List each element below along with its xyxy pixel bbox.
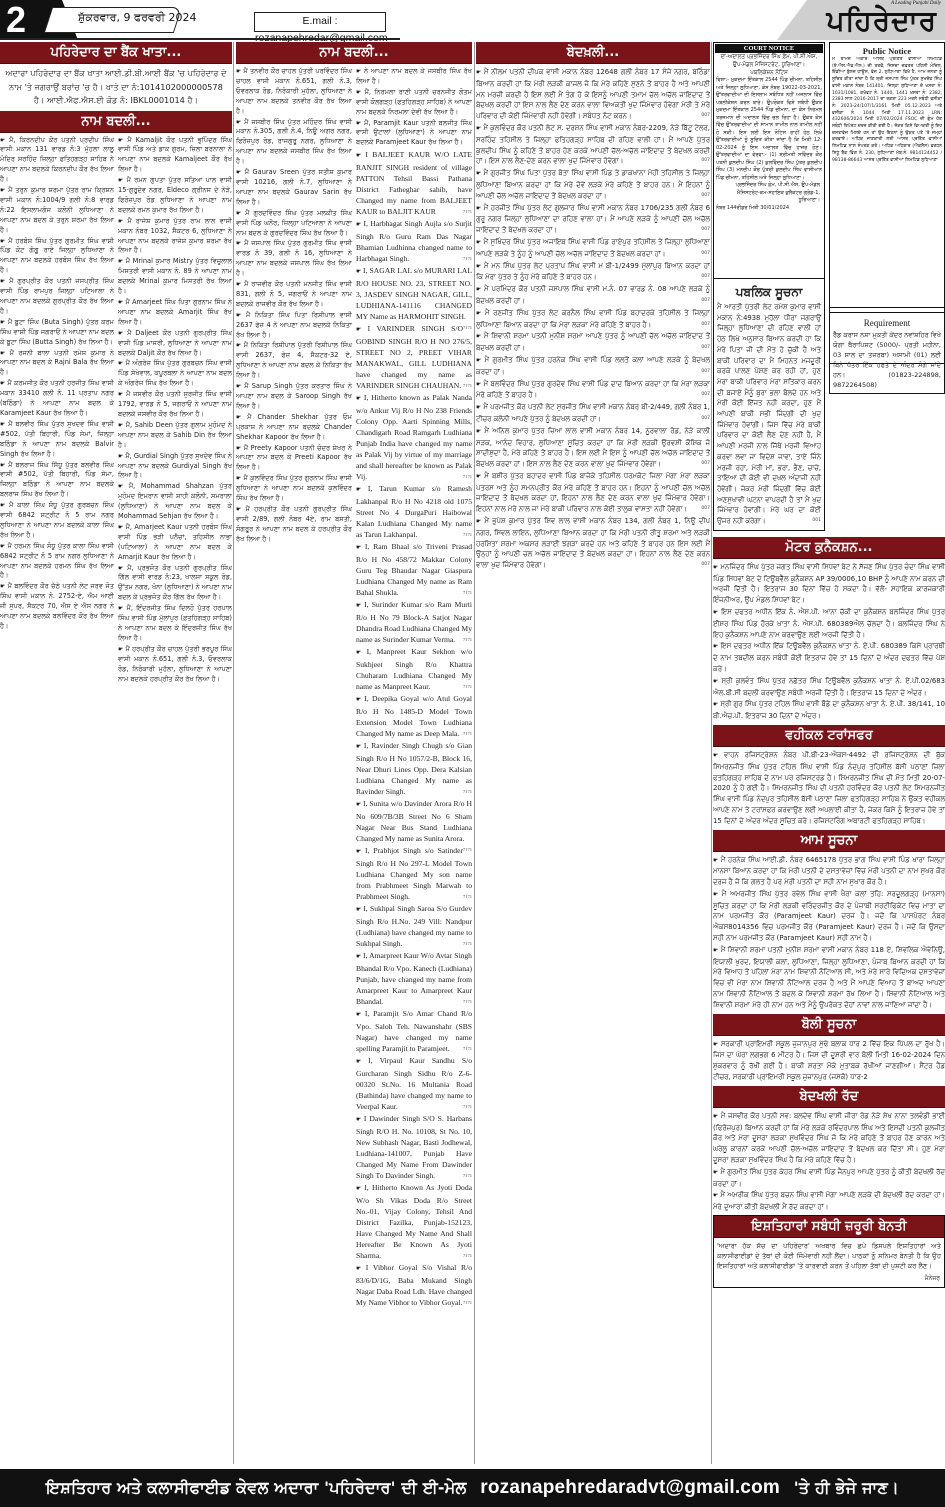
ref-code: 7171 — [463, 1297, 472, 1308]
list-item: ☛ ਮਨਜਿੰਦਰ ਸਿੰਘ ਪੁੱਤਰ ਜਗਤ ਸਿੰਘ ਵਾਸੀ ਸਿਧਵਾ… — [713, 562, 945, 606]
pointing-hand-icon: ☛ — [118, 258, 126, 265]
auction-notice: ☛ ਸਰਕਾਰੀ ਪ੍ਰਾਇਮਰੀ ਸਕੂਲ ਜੁਜਾਨਪੁਰ ਮੁੱਢੇ ਬਲ… — [713, 1039, 945, 1083]
ref-code: 007 — [701, 225, 710, 236]
name-change-list-2: ☛ ਮੈਂ ਤਨਵੀਰ ਕੌਰ ਚਾਹਲ ਪੁੱਤਰੀ ਪਰਵਿੰਦਰ ਸਿੰਘ… — [236, 67, 472, 1309]
pointing-hand-icon: ☛ — [356, 545, 365, 551]
list-item: ☛ ਮੈਂ ਬਲਵੀਰ ਸਿੰਘ ਪੁੱਤਰ ਸੁਖਦਵ ਸਿੰਘ ਵਾਸੀ #… — [0, 420, 114, 460]
disinheritance-title: ਬੇਦਖ਼ਲੀ... — [476, 42, 710, 64]
court-notice-signature: ਪ੍ਰਭਜਿੰਦਰ ਸਿੰਘ ਫ਼ੇਮ, ਪੀ.ਸੀ.ਐਸ, ਉਪ-ਮੰਡਲ ਮ… — [715, 182, 823, 205]
public-notice-title: Public Notice — [832, 45, 942, 57]
list-item: ☛ ਮੈਂ ਅਮਰੀਕ ਸਿੰਘ ਪੁੱਤਰ ਬਚਨ ਸਿੰਘ ਵਾਸੀ ਮੋਗ… — [713, 1190, 945, 1213]
list-item: ☛ ਮੈਂ ਬਲਵਿੰਦਰ ਕੌਰ ਚੱਠੇ ਪਤਨੀ ਲੇਟ ਜਰਵ ਜੋਤ … — [0, 582, 114, 632]
list-item: ☛ ਮੈਂ ਗੁਰਮੀਤ ਸਿੰਘ ਪੁੱਤਰ ਕੇਹਰ ਸਿੰਘ ਵਾਸੀ ਪ… — [713, 1167, 945, 1190]
list-item: ☛ I, Amarpreet Kaur W/o Avtar Singh Bhan… — [356, 950, 472, 1007]
bank-account-info: ਅਦਾਰਾ ਪਹਿਰੇਦਾਰ ਦਾ ਬੈਂਕ ਖਾਤਾ ਆਈ.ਡੀ.ਬੀ.ਆਈ … — [0, 67, 232, 108]
list-item: ☛ ਇਸ ਦਫਤਰ ਅਧੀਨ ਇੱਕ ਟਿਊਬਵੈੱਲ ਕੁਨੈਕਸ਼ਨ ਖਾਤ… — [713, 641, 945, 674]
pointing-hand-icon: ☛ — [236, 240, 244, 247]
name-change-left: ☛ ਮੈਂ, ਕਿਰਨਦੀਪ ਕੌਰ ਪਤਨੀ ਪ੍ਰਦੀਪ ਸਿੰਘ ਵਾਸੀ… — [0, 136, 114, 686]
pointing-hand-icon: ☛ — [236, 445, 244, 452]
ref-code: 7171 — [463, 1170, 472, 1181]
ref-code: 7171 — [463, 996, 472, 1007]
ref-code: 7171 — [463, 891, 472, 902]
list-item: ☛ I Dawinder Singh S/O S. Harbans Singh … — [356, 1113, 472, 1181]
list-item: ☛ ਮੈਂ Kamaljit ਕੌਰ ਪਤਨੀ ਭੁਪਿੰਦਰ ਸਿੰਘ ਵਾਸ… — [118, 136, 232, 176]
ref-code: 007 — [701, 343, 710, 354]
ref-code: 7171 — [463, 253, 472, 264]
list-item: ☛ ਮੈਂ, ਕਿਰਨਦੀਪ ਕੌਰ ਪਤਨੀ ਪ੍ਰਦੀਪ ਸਿੰਘ ਵਾਸੀ… — [0, 136, 114, 186]
ref-code: 007 — [701, 390, 710, 401]
list-item: ☛ ਮੈਂ, ਨਿਰਮਲਾ ਰਾਣੀ ਪਤਨੀ ਚਰਨਜੀਤ ਗੋਤਮ ਵਾਸੀ… — [356, 88, 472, 118]
ref-code: 7171 — [463, 634, 472, 645]
name-change-right: ☛ ਮੈਂ Kamaljit ਕੌਰ ਪਤਨੀ ਭੁਪਿੰਦਰ ਸਿੰਘ ਵਾਸ… — [118, 136, 232, 686]
pointing-hand-icon: ☛ — [118, 218, 127, 225]
pointing-hand-icon: ☛ — [356, 1117, 364, 1123]
list-item: ☛ I Vibhor Goyal S/o Vishal R/o 83/6/D/1… — [356, 1262, 472, 1308]
pointing-hand-icon: ☛ — [476, 263, 484, 270]
list-item: ☛ ਮੈਂ ਰਣਜੀਤ ਸਿੰਘ ਪੁੱਤਰ ਲੇਟ ਕਰਨੈਲ ਸਿੰਘ ਵਾ… — [476, 308, 710, 331]
pointing-hand-icon: ☛ — [0, 137, 9, 144]
list-item: ☛ ਮੈਂ ਕਾਲਾ ਸਿੰਘ ਸੰਧੂ ਪੁੱਤਰ ਗੁਰਬਚਨ ਸਿੰਘ ਵ… — [0, 501, 114, 541]
list-item: ☛ ਮੈਂ ਸੁਖਿੰਦਰ ਸਿੰਘ ਪੁੱਤਰ ਅਜਾਇਬ ਸਿੰਘ ਵਾਸੀ… — [476, 237, 710, 260]
list-item: ☛ ਮੈਂ ਨਿਕਿਤਾ ਰਿਸ਼ੀਪਾਲ ਪੁੱਤਰੀ ਰਿਸ਼ੀਪਾਲ ਸਿ… — [236, 341, 352, 381]
list-item: ☛ ਮੈਂ Preety Kapoor ਪਤਨੀ ਚੰਦਰ ਸ਼ੇਖਰ ਨੇ ਆ… — [236, 444, 352, 474]
ref-code: 7171 — [463, 322, 472, 333]
list-item: ☛ I, Surinder Kumar s/o Ram Murti R/o H … — [356, 599, 472, 645]
list-item: ☛ ਮੈਂ ਕਰਮਜੀਤ ਕੌਰ ਪਤਨੀ ਹਰਜੀਤ ਸਿੰਘ ਵਾਸੀ ਮਕ… — [0, 379, 114, 419]
pointing-hand-icon: ☛ — [118, 483, 129, 490]
pointing-hand-icon: ☛ — [356, 954, 363, 960]
pointing-hand-icon: ☛ — [236, 414, 247, 421]
bank-account-title: ਪਹਿਰੇਦਾਰ ਦਾ ਬੈਂਕ ਖਾਤਾ... — [0, 42, 232, 64]
list-item: ☛ I, Hitherto Known As Jyoti Doda W/o Sh… — [356, 1182, 472, 1261]
pointing-hand-icon: ☛ — [0, 502, 9, 509]
bank-line: ਨਾਮ 'ਤੇ ਜਗਰਾਉਂ ਬਰਾਂਚ 'ਚ ਹੈ। ਖਾਤੇ ਦਾ ਨੰ:1… — [0, 81, 232, 95]
column-divider — [474, 42, 475, 1464]
auction-notice-title: ਬੋਲੀ ਸੂਚਨਾ — [713, 1014, 945, 1036]
requirement-box: Requirement ਰੈੱਡ ਕਰਾਸ ਨਸ਼ਾ ਮੁਕਤੀ ਕੇਂਦਰ ਨ… — [829, 312, 945, 394]
name-change-right-2: ☛ ਨੇ ਆਪਣਾ ਨਾਮ ਬਦਲ ਕੇ ਜਸਬੀਰ ਸਿੰਘ ਰੱਖ ਲਿਆ … — [356, 67, 472, 1309]
masthead: A Leading Punjabi Daily ਪਹਿਰੇਦਾਰ — [395, 0, 945, 40]
ref-code: 007 — [701, 320, 710, 331]
vehicle-transfer-title: ਵਹੀਕਲ ਟਰਾਂਸਫਰ — [713, 725, 945, 747]
pointing-hand-icon: ☛ — [356, 327, 368, 333]
disinheritance-cancel-list: ☛ ਮੈਂ ਜਸਵੀਰ ਕੌਰ ਪਤਨੀ ਸਵ: ਬਲਦੇਵ ਸਿੰਘ ਵਾਸੀ… — [713, 1111, 945, 1213]
footer-email[interactable]: rozanapehredaradvt@gmail.com — [480, 1477, 780, 1498]
pointing-hand-icon: ☛ — [0, 187, 8, 194]
column-4: COURT NOTICE ਦਾ-ਅਦਾਲਤ ਪ੍ਰਭਜਿੰਦਰ ਸਿੰਘ ਫ਼ੇ… — [713, 42, 945, 1464]
list-item: ☛ ਮੈਂ ਭੁਪੇਸ਼ ਕੁਮਾਰ ਪੁੱਤਰ ਸ਼ਿਵ ਲਾਲ ਵਾਸੀ ਮ… — [476, 516, 710, 571]
list-item: ☛ ਮੈਂ ਹਰਪ੍ਰੀਤ ਕੌਰ ਚਾਹਲ ਪੁੱਤਰੀ ਭਰਪੂਰ ਸਿੰਘ… — [118, 645, 232, 685]
disclaimer-box: ਇਸ਼ਤਿਹਾਰਾਂ ਸਬੰਧੀ ਜ਼ਰੂਰੀ ਬੇਨਤੀ 'ਅਦਾਰਾ ਹੱਕ… — [713, 1215, 945, 1288]
pointing-hand-icon: ☛ — [356, 849, 365, 855]
pointing-hand-icon: ☛ — [713, 1113, 721, 1120]
list-item: ☛ ਮੈਂ ਰਜਨੀ ਬਾਲਾ ਪਤਨੀ ਰਮੇਸ਼ ਕੁਮਾਰ ਨੇ ਆਪਣਾ… — [0, 349, 114, 379]
list-item: ☛ I, Deepika Goyal w/o Atul Goyal R/o H … — [356, 693, 472, 739]
pointing-hand-icon: ☛ — [356, 269, 363, 275]
pointing-hand-icon: ☛ — [0, 350, 10, 357]
pointing-hand-icon: ☛ — [713, 643, 721, 650]
list-item: ☛ I BALJEET KAUR W/O LATE RANJIT SINGH r… — [356, 149, 472, 217]
list-item: ☛ ਮੈਂ ਹਰਨੇਕ ਸਿੰਘ ਆਈ.ਡੀ. ਨੰਬਰ 6465178 ਪੁੱ… — [713, 855, 945, 888]
pointing-hand-icon: ☛ — [118, 391, 126, 398]
list-item: ☛ ਮੈਂ, Sahib Deen ਪੁੱਤਰ ਗੁਲਾਮ ਮੁਹੰਮਦ ਨੇ … — [118, 421, 232, 451]
pointing-hand-icon: ☛ — [713, 857, 721, 864]
pointing-hand-icon: ☛ — [0, 583, 8, 590]
pointing-hand-icon: ☛ — [236, 506, 246, 513]
list-item: ☛ I VARINDER SINGH S/O GOBIND SINGH R/O … — [356, 323, 472, 391]
list-item: ☛ ਮੈਂ ਜਸਵੀਰ ਕੌਰ ਪਤਨੀ ਸੁਰਜੀਤ ਸਿੰਘ ਵਾਸੀ 17… — [118, 390, 232, 420]
list-item: ☛ ਮੈਂ, Paramjit Kaur ਪਤਨੀ ਬਲਜੀਤ ਸਿੰਘ ਵਾਸ… — [356, 119, 472, 149]
list-item: ☛ ਮੈਂ ਗੁਰਜੀਤ ਸਿੰਘ ਪਿਤਾ ਪੁੱਤਰ ਬੋਤਾ ਸਿੰਘ ਵ… — [476, 168, 710, 201]
pointing-hand-icon: ☛ — [356, 1059, 368, 1065]
pointing-hand-icon: ☛ — [236, 119, 244, 126]
list-item: ☛ ਮੈਂ ਜਸਬੀਰ ਸਿੰਘ ਪੁੱਤਰ ਮਹਿੰਦਰ ਸਿੰਘ ਵਾਸੀ … — [236, 118, 352, 168]
pointing-hand-icon: ☛ — [476, 357, 485, 364]
name-change-title: ਨਾਮ ਬਦਲੀ... — [0, 111, 232, 133]
list-item: ☛ I, Manpreet Kaur Sekhon w/o Sukhjeet S… — [356, 646, 472, 692]
pointing-hand-icon: ☛ — [118, 137, 127, 144]
pointing-hand-icon: ☛ — [476, 205, 484, 212]
list-item: ☛ I, Sukhpal Singh Saroa S/o Gurdev Sing… — [356, 903, 472, 949]
pointing-hand-icon: ☛ — [118, 524, 126, 531]
ref-code: 007 — [701, 191, 710, 202]
requirement-title: Requirement — [833, 316, 941, 330]
list-item: ☛ ਮੈਂ ਨਿਕਿਤਾ ਸਿੰਘ ਪਿਤਾ ਰਿਸ਼ੀਪਾਲ ਵਾਸੀ 263… — [236, 311, 352, 341]
column-2: ਨਾਮ ਬਦਲੀ... ☛ ਮੈਂ ਤਨਵੀਰ ਕੌਰ ਚਾਹਲ ਪੁੱਤਰੀ … — [236, 42, 472, 1464]
court-notice-body: ਵਿਸ਼ਾ:- ਮੁਕਦਮਾ ਇੰਤਕਾਲ 2544 ਪਿੰਡ ਚੀਮਨਾ, ਤ… — [715, 77, 823, 182]
list-item: ☛ ਮੈਂ ਗੁਰਮੀਤ ਸਿੰਘ ਪੁੱਤਰ ਹਰਨੇਕ ਸਿੰਘ ਵਾਸੀ … — [476, 355, 710, 378]
list-item: ☛ ਮੈਂ ਤਰੁਨ ਕੁਮਾਰ ਸ਼ਰਮਾ ਪੁੱਤਰ ਰਾਮ ਕ੍ਰਿਸ਼ਨ… — [0, 186, 114, 236]
list-item: ☛ ਮੈਂ Amarjeet ਸਿੰਘ ਪਿਤਾ ਗੁਰਨਾਮ ਸਿੰਘ ਨੇ … — [118, 298, 232, 328]
list-item: ☛ I, Sunita w/o Davinder Arora R/o H No … — [356, 798, 472, 844]
pointing-hand-icon: ☛ — [713, 1041, 721, 1048]
pointing-hand-icon: ☛ — [356, 650, 367, 656]
list-item: ☛ ਮੈਂ ਪਰਮਿੰਦਰ ਕੌਰ ਪਤਨੀ ਜਸਪਾਲ ਸਿੰਘ ਵਾਸੀ ਮ… — [476, 284, 710, 307]
list-item: ☛ I, SAGAR LAL s/o MURARI LAL R/O HOUSE … — [356, 265, 472, 322]
list-item: ☛ ਸ੍ਰੀ ਕੁਲਵੰਤ ਸਿੰਘ ਪੁੱਤਰ ਨਛੱਤਰ ਸਿੰਘ ਟਿਊਬ… — [713, 676, 945, 699]
ref-code: 007 — [701, 249, 710, 260]
ref-code: 007 — [701, 296, 710, 307]
list-item: ☛ ਮੈਂ ਰਾਜੇਸ਼ ਕੁਮਾਰ ਪੁੱਤਰ ਰਾਮ ਲਾਲ ਵਾਸੀ ਮਕ… — [118, 217, 232, 257]
pointing-hand-icon: ☛ — [118, 330, 127, 337]
list-item: ☛ ਮੈਂ, Amarjeet Kaur ਪਤਨੀ ਹਰਬੰਸ ਸਿੰਘ ਵਾਸ… — [118, 523, 232, 563]
public-notice-continuation — [829, 278, 945, 308]
pointing-hand-icon: ☛ — [356, 89, 365, 96]
list-item: ☛ ਮੈਂ ਹਰਪ੍ਰੀਤ ਕੌਰ ਪਤਨੀ ਗੁਰਪ੍ਰੀਤ ਸਿੰਘ ਵਾਸ… — [236, 505, 352, 545]
pointing-hand-icon: ☛ — [356, 603, 364, 609]
pointing-hand-icon: ☛ — [356, 1266, 366, 1272]
pablik-suchna-body: ਮੈਂ ਆਰਤੀ ਪੁੱਤਰੀ ਲੇਟ ਰਮੇਸ਼ ਕੁਮਾਰ ਵਾਸੀ ਮਕਾ… — [717, 302, 821, 527]
court-notice-title: COURT NOTICE — [715, 44, 823, 53]
pointing-hand-icon: ☛ — [476, 286, 484, 293]
header-divider — [0, 38, 400, 40]
column-divider — [233, 42, 234, 1464]
pointing-hand-icon: ☛ — [118, 605, 127, 612]
list-item: ☛ ਮੈਂ ਜਸਵੀਰ ਕੌਰ ਪਤਨੀ ਸਵ: ਬਲਦੇਵ ਸਿੰਘ ਵਾਸੀ… — [713, 1111, 945, 1166]
list-item: ☛ I, Tarun Kumar s/o Ramesh Lakhanpal R/… — [356, 483, 472, 540]
list-item: ☛ ਮੈਂ Gaurav Sreen ਪੁੱਤਰ ਸਤੀਸ਼ ਕੁਮਾਰ ਵਾਸ… — [236, 168, 352, 208]
footer-text: ਇਸ਼ਤਿਹਾਰ ਅਤੇ ਕਲਾਸੀਫਾਈਡ ਕੇਵਲ ਅਦਾਰਾ 'ਪਹਿਰੇ… — [46, 1478, 466, 1497]
list-item: ☛ ਮੈਂ ਕੁਲਵਿੰਦਰ ਕੌਰ ਪਤਨੀ ਲੇਟ ਸ. ਦਰਸ਼ਨ ਸਿੰ… — [476, 123, 710, 167]
court-name: ਦਾ-ਅਦਾਲਤ ਪ੍ਰਭਜਿੰਦਰ ਸਿੰਘ ਫ਼ੇਮ, ਪੀ.ਸੀ.ਐਸ, … — [715, 53, 823, 69]
list-item: ☛ ਮੈਂ ਅਨਿਲ ਕੁਮਾਰ ਪੁੱਤਰ ਜ਼ਿਆ ਲਾਲ ਵਾਸੀ ਮਕਾ… — [476, 426, 710, 470]
motor-connection-title: ਮੋਟਰ ਕੁਨੈਕਸ਼ਨ... — [713, 537, 945, 559]
list-item: ☛ ਮੈਂ ਤਨਵੀਰ ਕੌਰ ਚਾਹਲ ਪੁੱਤਰੀ ਪਰਵਿੰਦਰ ਸਿੰਘ… — [236, 67, 352, 117]
name-change-title-2: ਨਾਮ ਬਦਲੀ... — [236, 42, 472, 64]
list-item: ☛ ਮੈਂ ਗੁਰਦਵਿੰਦਰ ਸਿੰਘ ਪੁੱਤਰ ਮਲਕੀਤ ਸਿੰਘ ਵਾ… — [236, 209, 352, 239]
column-divider — [711, 42, 712, 1464]
ref-code: 7171 — [463, 587, 472, 598]
ref-code: 7171 — [463, 728, 472, 739]
ref-code: 007 — [701, 272, 710, 283]
ref-code: 7171 — [463, 1250, 472, 1261]
disclaimer-title: ਇਸ਼ਤਿਹਾਰਾਂ ਸਬੰਧੀ ਜ਼ਰੂਰੀ ਬੇਨਤੀ — [714, 1216, 944, 1238]
pointing-hand-icon: ☛ — [236, 281, 244, 288]
general-notice-title: ਆਮ ਸੂਚਨਾ — [713, 830, 945, 852]
ref-code: 7171 — [463, 844, 472, 855]
ref-code: 007 — [701, 504, 710, 515]
list-item: ☛ ਮੈਂ ਹਰਮਨ ਸਿੰਘ ਸੰਧੂ ਪੁੱਤਰ ਕਾਲਾ ਸਿੰਘ ਵਾਸ… — [0, 542, 114, 582]
list-item: ☛ ਮੈਂ ਅੰਗਰੇਜ਼ ਸਿੰਘ ਪੁੱਤਰ ਗੁਰਬਚਨ ਸਿੰਘ ਵਾਸ… — [118, 359, 232, 389]
ref-code: 7171 — [463, 786, 472, 797]
list-item: ☛ I, Ravinder Singh Chugh s/o Gian Singh… — [356, 740, 472, 797]
pointing-hand-icon: ☛ — [356, 487, 368, 493]
ref-code: 007 — [701, 111, 710, 122]
list-item: ☛ ਮੈਂ ਜਸਪਾਲ ਸਿੰਘ ਪੁੱਤਰ ਗੁਰਮੀਤ ਸਿੰਘ ਵਾਸੀ … — [236, 239, 352, 279]
disinheritance-list: ☛ ਮੈਂ ਨੀਲਮ ਪਤਨੀ ਦੀਪਕ ਵਾਸੀ ਮਕਾਨ ਨੰਬਰ 1264… — [476, 67, 710, 571]
ref-code: 001 — [812, 516, 821, 527]
disclaimer-signature: ਮੈਨੇਜਰ — [714, 1274, 944, 1287]
ref-code: 7171 — [463, 681, 472, 692]
pointing-hand-icon: ☛ — [0, 543, 8, 550]
pointing-hand-icon: ☛ — [476, 333, 484, 340]
header-email[interactable]: E.mail : rozanapehredar@gmail.com — [254, 12, 386, 32]
list-item: ☛ ਮੈਂ ਬਲਵਿੰਦਰ ਸਿੰਘ ਪੁੱਤਰ ਗੁਰਦੇਵ ਸਿੰਘ ਵਾਸ… — [476, 379, 710, 402]
pointing-hand-icon: ☛ — [356, 68, 364, 75]
pointing-hand-icon: ☛ — [476, 381, 484, 388]
list-item: ☛ I, Harbhagat Singh Aujla s/o Surjit Si… — [356, 218, 472, 264]
list-item: ☛ ਮੈਂ ਮਨ ਸਿੰਘ ਪੁੱਤਰ ਲੇਟ ਪ੍ਰਤਾਪ ਸਿੰਘ ਵਾਸੀ… — [476, 261, 710, 284]
list-item: ☛ ਮੈਂ ਬੂਟਾ ਸਿੰਘ (Buta Singh) ਪੁੱਤਰ ਕਰਮ ਸ… — [0, 318, 114, 348]
pablik-suchna-box: ਪਬਲਿਕ ਸੂਚਨਾ ਮੈਂ ਆਰਤੀ ਪੁੱਤਰੀ ਲੇਟ ਰਮੇਸ਼ ਕੁ… — [713, 278, 825, 531]
pointing-hand-icon: ☛ — [713, 947, 721, 954]
general-notice-list: ☛ ਮੈਂ ਹਰਨੇਕ ਸਿੰਘ ਆਈ.ਡੀ. ਨੰਬਰ 6465178 ਪੁੱ… — [713, 855, 945, 1011]
pointing-hand-icon: ☛ — [713, 891, 722, 898]
pointing-hand-icon: ☛ — [0, 462, 8, 469]
pointing-hand-icon: ☛ — [118, 422, 126, 429]
pointing-hand-icon: ☛ — [118, 360, 126, 367]
pointing-hand-icon: ☛ — [356, 120, 364, 127]
list-item: ☛ ਮੈਂ ਅਮਰਜੀਤ ਸਿੰਘ ਪੁੱਤਰ ਰਵੇਲ ਸਿੰਘ ਵਾਸੀ ਖ… — [713, 889, 945, 944]
list-item: ☛ ਮੈਂ ਹਰਜੀਤ ਸਿੰਘ ਪੁੱਤਰ ਲੇਟ ਗੁਲਜਾਰ ਸਿੰਘ ਵ… — [476, 203, 710, 236]
list-item: ☛ ਮੈਂ ਹਰਬੰਸ ਸਿੰਘ ਪੁੱਤਰ ਗੁਰਮੀਤ ਸਿੰਘ ਵਾਸੀ … — [0, 237, 114, 277]
motor-connection-list: ☛ ਮਨਜਿੰਦਰ ਸਿੰਘ ਪੁੱਤਰ ਜਗਤ ਸਿੰਘ ਵਾਸੀ ਸਿਧਵਾ… — [713, 562, 945, 722]
list-item: ☛ I, Hitherto known as Palak Nanda w/o A… — [356, 392, 472, 482]
pointing-hand-icon: ☛ — [476, 239, 484, 246]
list-item: ☛ ਮੈਂ Mrinal ਕੁਮਾਰ Mistry ਪੁੱਤਰ ਵਿਜੂਲਾਲ … — [118, 257, 232, 297]
ref-code: 7171 — [463, 1101, 472, 1112]
pointing-hand-icon: ☛ — [476, 69, 484, 76]
ref-code: 7171 — [463, 529, 472, 540]
pointing-hand-icon: ☛ — [356, 744, 364, 750]
disinheritance-cancel-title: ਬੇਦਖਲੀ ਰੱਦ — [713, 1086, 945, 1108]
pointing-hand-icon: ☛ — [356, 153, 365, 159]
ref-code: 007 — [701, 459, 710, 470]
pointing-hand-icon: ☛ — [118, 565, 127, 572]
pointing-hand-icon: ☛ — [236, 342, 244, 349]
list-item: ☛ ਮੈਂ ਬਲਰਾਜ ਸਿੰਘ ਸਿੱਧੂ ਪੁੱਤਰ ਬਲਵੀਰ ਸਿੰਘ … — [0, 461, 114, 501]
pablik-suchna-title: ਪਬਲਿਕ ਸੂਚਨਾ — [717, 282, 821, 302]
ref-code: 7171 — [463, 380, 472, 391]
list-item: ☛ ਮੈਂ ਪਰਮਜੀਤ ਕੌਰ ਪਤਨੀ ਲੇਟ ਸੁਰਜੀਤ ਸਿੰਘ ਵਾ… — [476, 402, 710, 425]
list-item: ☛ I, Paramjit S/o Amar Chand R/o Vpo. Sa… — [356, 1008, 472, 1054]
list-item: ☛ I, Ram Bhaal s/o Triveni Prasad R/o H … — [356, 541, 472, 598]
column-3: ਬੇਦਖ਼ਲੀ... ☛ ਮੈਂ ਨੀਲਮ ਪਤਨੀ ਦੀਪਕ ਵਾਸੀ ਮਕਾ… — [476, 42, 710, 1464]
requirement-body: ਰੈੱਡ ਕਰਾਸ ਨਸ਼ਾ ਮੁਕਤੀ ਕੇਂਦਰ ਨਵਾਂਸ਼ਹਿਰ ਵਿਖ… — [833, 330, 941, 390]
list-item: ☛ ਮੈਂ Daljeet ਕੌਰ ਪਤਨੀ ਗੁਰਪ੍ਰੀਤ ਸਿੰਘ ਵਾਸ… — [118, 329, 232, 359]
bank-line: ਹੈ। ਆਈ.ਐਫ.ਐਸ.ਈ ਕੋਡ ਨੰ: IBKL0001014 ਹੈ। — [0, 94, 232, 108]
pointing-hand-icon: ☛ — [356, 1012, 365, 1018]
ref-code: 7171 — [463, 471, 472, 482]
list-item: ☛ ਮੈਂ, ਪ੍ਰਭਜੋਤ ਕੌਰ ਪਤਨੀ ਗੁਰਪ੍ਰੀਤ ਸਿੰਘ ਗਿ… — [118, 564, 232, 604]
newspaper-logo: ਪਹਿਰੇਦਾਰ — [826, 4, 937, 38]
list-item: ☛ ਇਸ ਦਫਤਰ ਅਧੀਨ ਇੱਕ ਨੰ. ਐਸ.ਪੀ. ਆਨਾ ਚੱਕੀ ਦ… — [713, 607, 945, 640]
pointing-hand-icon: ☛ — [356, 396, 364, 402]
pointing-hand-icon: ☛ — [0, 278, 9, 285]
list-item: ☛ ਮੈਂ ਸ਼ਿਵਾਨੀ ਸ਼ਰਮਾ ਪਤਨੀ ਮੁਨੀਸ਼ ਸ਼ਰਮਾ ਵਾ… — [713, 945, 945, 1011]
pointing-hand-icon: ☛ — [356, 802, 363, 808]
list-item: ☛ I, Virpaul Kaur Sandhu S/o Gurcharan S… — [356, 1055, 472, 1112]
list-item: ☛ ਮੈਂ ਗੁਰਪ੍ਰੀਤ ਕੌਰ ਪਤਨੀ ਜਸਪ੍ਰੀਤ ਸਿੰਘ ਵਾਸ… — [0, 277, 114, 317]
ref-code: 007 — [701, 367, 710, 378]
ref-code: 7171 — [463, 206, 472, 217]
pointing-hand-icon: ☛ — [0, 421, 8, 428]
pointing-hand-icon: ☛ — [0, 319, 8, 326]
pointing-hand-icon: ☛ — [476, 310, 485, 317]
court-notice-subtitle: ਪਬਲਿਕੇਸ਼ਨ ਨੋਟਿਸ — [715, 69, 823, 77]
pointing-hand-icon: ☛ — [356, 222, 364, 228]
list-item: ☛ ਸ੍ਰੀ ਗੁਰ ਸਿੰਘ ਪੁੱਤਰ ਟਹਿਲ ਸਿੰਘ ਵਾਸੀ ਬੌਡ… — [713, 699, 945, 722]
issue-date: ਸ਼ੁੱਕਰਵਾਰ, 9 ਫਰਵਰੀ 2024 — [78, 11, 197, 25]
page-header: 2 ਸ਼ੁੱਕਰਵਾਰ, 9 ਫਰਵਰੀ 2024 E.mail : rozan… — [0, 0, 945, 40]
footer-text-end: 'ਤੇ ਹੀ ਭੇਜੇ ਜਾਣ। — [794, 1478, 899, 1497]
court-notice-footer: ਨੰਬਰ 144ਰੀਡਰ ਮਿਤੀ 30/01/2024 — [715, 205, 823, 213]
footer-banner: ਇਸ਼ਤਿਹਾਰ ਅਤੇ ਕਲਾਸੀਫਾਈਡ ਕੇਵਲ ਅਦਾਰਾ 'ਪਹਿਰੇ… — [0, 1469, 945, 1507]
pointing-hand-icon: ☛ — [236, 312, 246, 319]
bank-line: ਅਦਾਰਾ ਪਹਿਰੇਦਾਰ ਦਾ ਬੈਂਕ ਖਾਤਾ ਆਈ.ਡੀ.ਬੀ.ਆਈ … — [0, 67, 232, 81]
list-item: ☛ ਨੇ ਆਪਣਾ ਨਾਮ ਬਦਲ ਕੇ ਜਸਬੀਰ ਸਿੰਘ ਰੱਖ ਲਿਆ … — [356, 67, 472, 87]
vehicle-transfer-notice: ☛ ਵਾਹਨ ਰਜਿਸਟ੍ਰੇਸ਼ਨ ਨੰਬਰ ਪੀ.ਬੀ-23-ਐਕਸ-449… — [713, 750, 945, 827]
ref-code: 007 — [701, 560, 710, 571]
pointing-hand-icon: ☛ — [236, 169, 245, 176]
list-item: ☛ ਮੈਂ ਰਾਜਵੀਰ ਕੌਰ ਪਤਨੀ ਮਨਜੀਤ ਸਿੰਘ ਵਾਸੀ 83… — [236, 280, 352, 310]
list-item: ☛ ਮੈਂ, ਇੰਦਰਜੀਤ ਸਿੰਘ ਦਿਲਹੋ ਪੁੱਤਰ ਹਰਪਾਲ ਸਿ… — [118, 604, 232, 644]
column-1: ਪਹਿਰੇਦਾਰ ਦਾ ਬੈਂਕ ਖਾਤਾ... ਅਦਾਰਾ ਪਹਿਰੇਦਾਰ … — [0, 42, 232, 1464]
list-item: ☛ ਮੈਂ ਕੁਲਵਿੰਦਰ ਸਿੰਘ ਪੁੱਤਰ ਗੁਰਨਾਮ ਸਿੰਘ ਵਾ… — [236, 474, 352, 504]
ref-code: 007 — [701, 414, 710, 425]
list-item: ☛ ਮੈਂ ਨੀਲਮ ਪਤਨੀ ਦੀਪਕ ਵਾਸੀ ਮਕਾਨ ਨੰਬਰ 1264… — [476, 67, 710, 122]
ref-code: 007 — [701, 156, 710, 167]
pointing-hand-icon: ☛ — [476, 170, 484, 177]
pointing-hand-icon: ☛ — [0, 238, 8, 245]
pointing-hand-icon: ☛ — [713, 609, 721, 616]
list-item: ☛ ਮੈਂ ਰਮਨ ਗੁਪਤਾ ਪੁੱਤਰ ਸਤਿਆ ਪਾਲ ਵਾਸੀ 15-ਗ… — [118, 176, 232, 216]
pointing-hand-icon: ☛ — [118, 177, 127, 184]
name-change-list: ☛ ਮੈਂ, ਕਿਰਨਦੀਪ ਕੌਰ ਪਤਨੀ ਪ੍ਰਦੀਪ ਸਿੰਘ ਵਾਸੀ… — [0, 136, 232, 686]
list-item: ☛ I, Prabhjot Singh s/o Satinder Singh R… — [356, 845, 472, 902]
pointing-hand-icon: ☛ — [713, 752, 724, 759]
list-item: ☛ ਮੈਂ Chander Shekhar ਪੁੱਤਰ ਓਮ ਪ੍ਰਕਾਸ਼ ਨ… — [236, 413, 352, 443]
list-item: ☛ ਮੈਂ ਸ਼ਿਵਾਨੀ ਸ਼ਰਮਾ ਪਤਨੀ ਮੁਨੀਸ਼ ਸ਼ਰਮਾ ਆਪ… — [476, 331, 710, 354]
requirement-column: Requirement ਰੈੱਡ ਕਰਾਸ ਨਸ਼ਾ ਮੁਕਤੀ ਕੇਂਦਰ ਨ… — [829, 366, 945, 531]
name-change-left-2: ☛ ਮੈਂ ਤਨਵੀਰ ਕੌਰ ਚਾਹਲ ਪੁੱਤਰੀ ਪਰਵਿੰਦਰ ਸਿੰਘ… — [236, 67, 352, 1309]
ref-code: 7171 — [463, 938, 472, 949]
ref-code: 7171 — [463, 1043, 472, 1054]
list-item: ☛ ਮੈਂ ਬਸ਼ੀਰ ਪੁੱਤਰ ਬਹਾਦਰ ਵਾਸੀ ਪਿੰਡ ਬਾਜੇਕੇ… — [476, 471, 710, 515]
list-item: ☛ ਮੈਂ, Mohammad Shahzan ਪੁੱਤਰ ਮੁਹੰਮਦ ਇਮਰ… — [118, 482, 232, 522]
disclaimer-body: 'ਅਦਾਰਾ ਹੱਕ ਸੱਚ ਦਾ ਪਹਿਰੇਦਾਰ' ਅਖਬਾਰ ਵਿਚ ਛਪ… — [714, 1238, 944, 1274]
list-item: ☛ ਮੈਂ Sarup Singh ਪੁੱਤਰ ਕਰਤਾਰ ਸਿੰਘ ਨੇ ਆਪ… — [236, 382, 352, 412]
list-item: ☛ ਮੈਂ, Gurdial Singh ਪੁੱਤਰ ਸੁਖਦੇਵ ਸਿੰਘ ਨ… — [118, 452, 232, 482]
pointing-hand-icon: ☛ — [236, 210, 245, 217]
